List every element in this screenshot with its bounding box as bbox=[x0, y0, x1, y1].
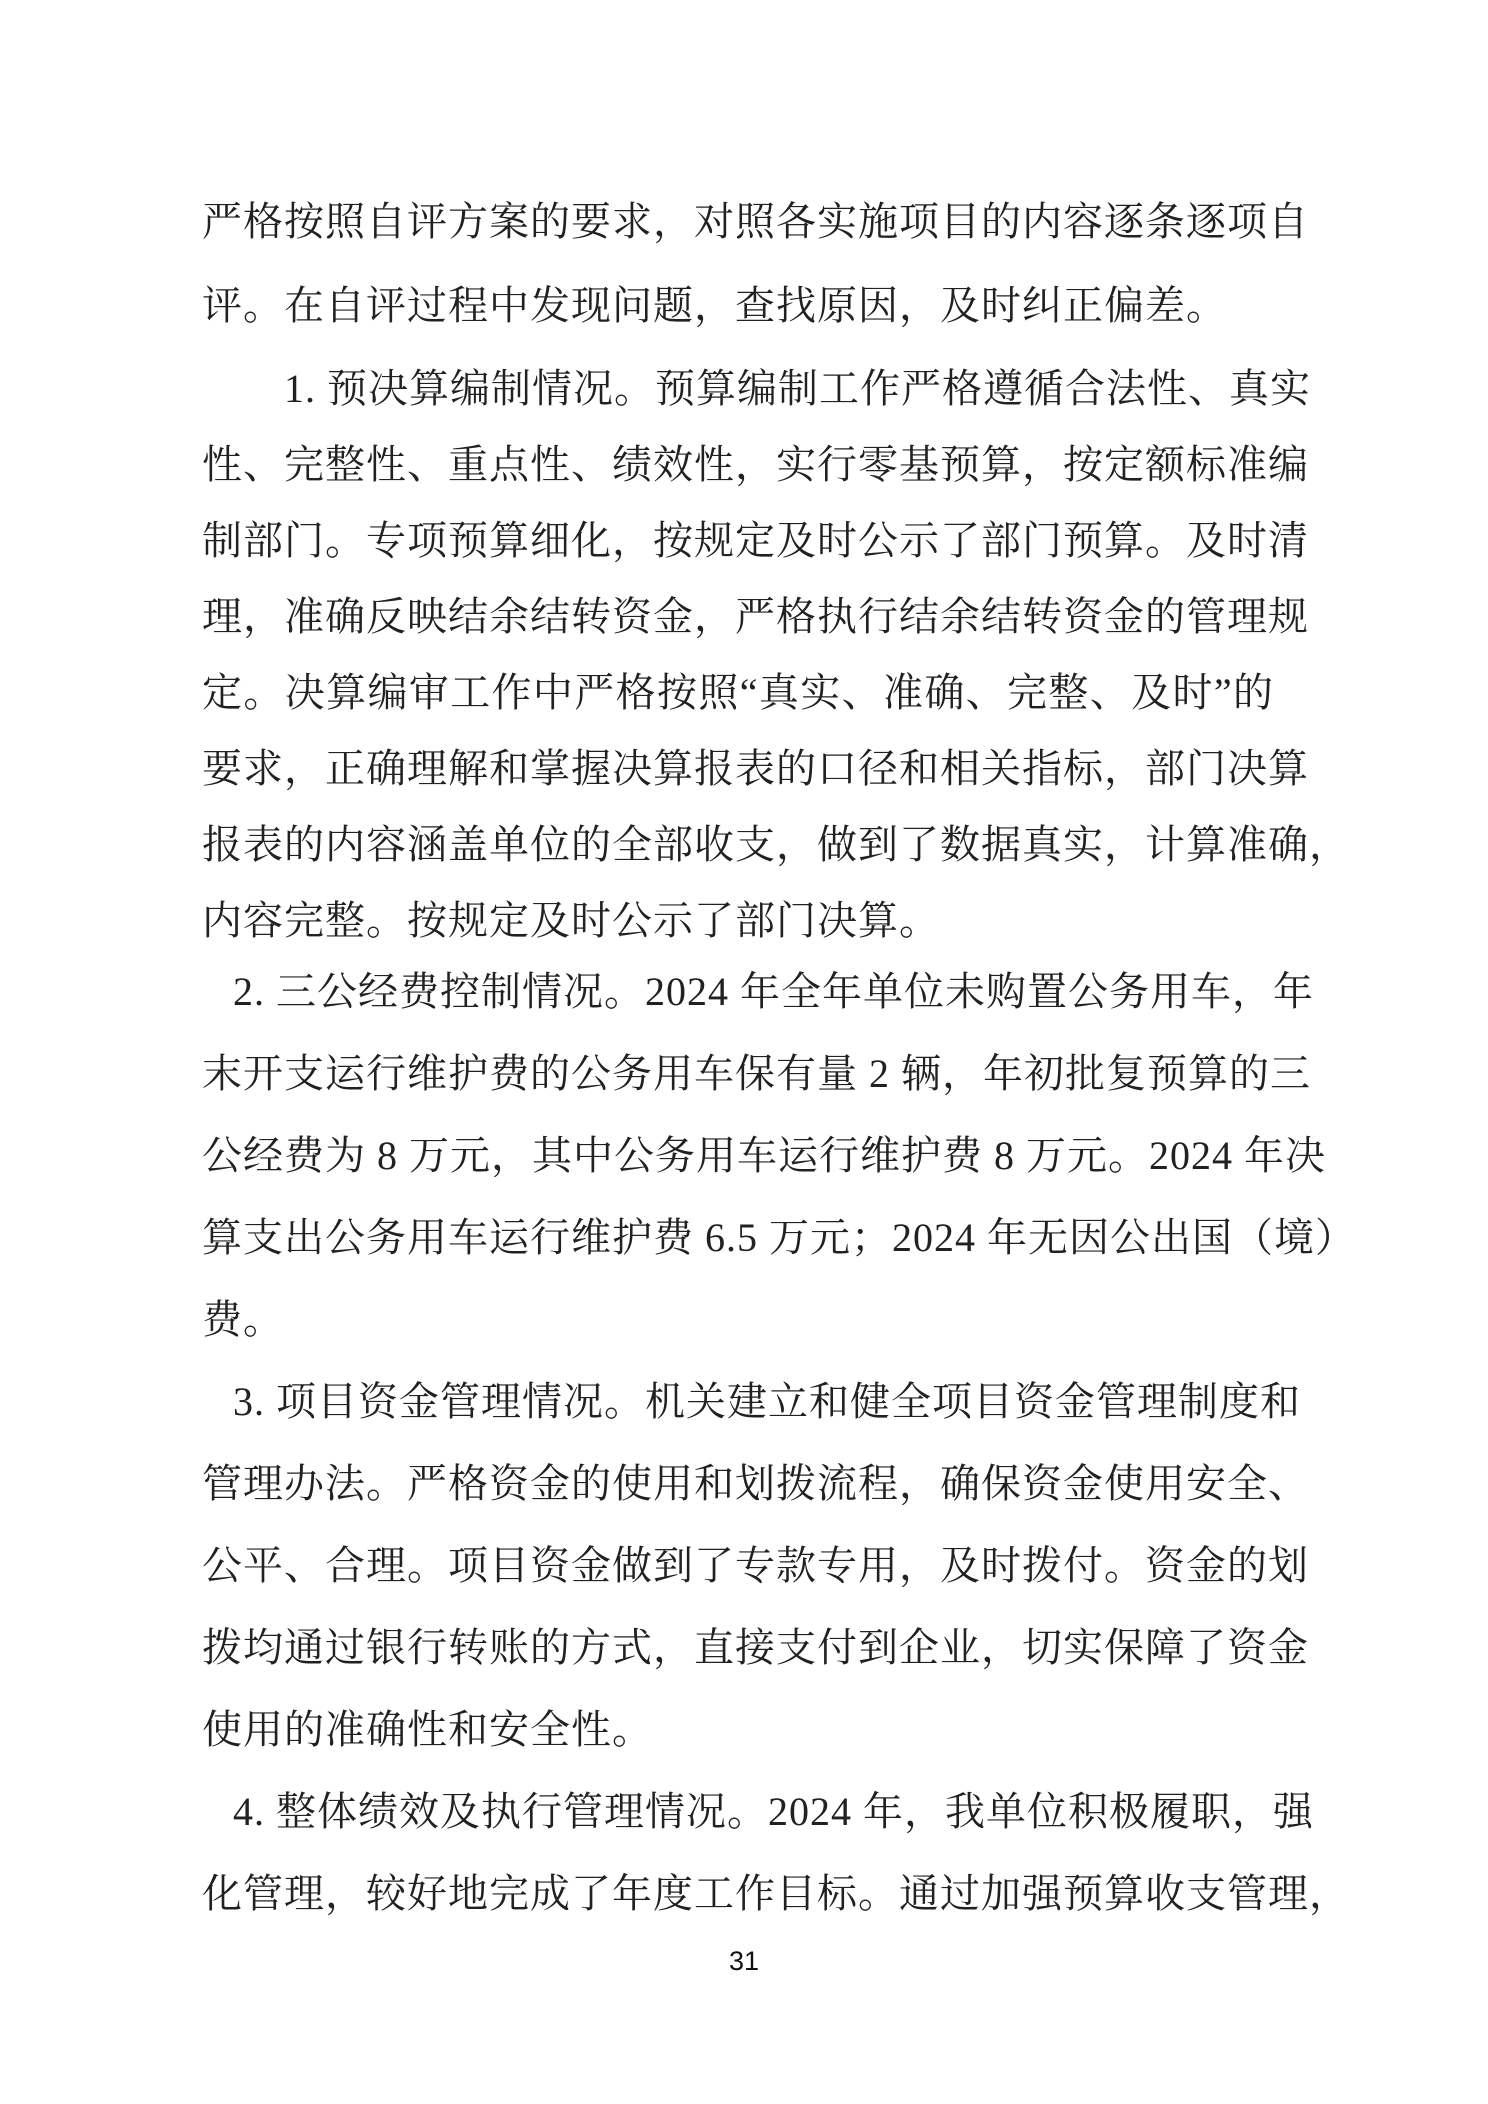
text-line: 算支出公务用车运行维护费 6.5 万元；2024 年无因公出国（境） bbox=[202, 1197, 1274, 1279]
paragraph-continuation-paragraph: 严格按照自评方案的要求，对照各实施项目的内容逐条逐项自评。在自评过程中发现问题，… bbox=[202, 180, 1274, 348]
text-line: 报表的内容涵盖单位的全部收支，做到了数据真实，计算准确， bbox=[202, 807, 1274, 883]
text-line: 评。在自评过程中发现问题，查找原因，及时纠正偏差。 bbox=[202, 264, 1274, 348]
document-page: 严格按照自评方案的要求，对照各实施项目的内容逐条逐项自评。在自评过程中发现问题，… bbox=[0, 0, 1488, 2104]
text-line: 制部门。专项预算细化，按规定及时公示了部门预算。及时清 bbox=[202, 503, 1274, 579]
paragraph-numbered-item-4: 4. 整体绩效及执行管理情况。2024 年，我单位积极履职，强化管理，较好地完成… bbox=[202, 1771, 1274, 1935]
text-line: 3. 项目资金管理情况。机关建立和健全项目资金管理制度和 bbox=[202, 1361, 1274, 1443]
paragraph-numbered-item-2: 2. 三公经费控制情况。2024 年全年单位未购置公务用车，年末开支运行维护费的… bbox=[202, 951, 1274, 1361]
text-line: 要求，正确理解和掌握决算报表的口径和相关指标，部门决算 bbox=[202, 731, 1274, 807]
text-line: 4. 整体绩效及执行管理情况。2024 年，我单位积极履职，强 bbox=[202, 1771, 1274, 1853]
text-line: 化管理，较好地完成了年度工作目标。通过加强预算收支管理， bbox=[202, 1853, 1274, 1935]
text-line: 费。 bbox=[202, 1279, 1274, 1361]
text-line: 1. 预决算编制情况。预算编制工作严格遵循合法性、真实 bbox=[202, 351, 1274, 427]
paragraph-numbered-item-3: 3. 项目资金管理情况。机关建立和健全项目资金管理制度和管理办法。严格资金的使用… bbox=[202, 1361, 1274, 1771]
text-line: 性、完整性、重点性、绩效性，实行零基预算，按定额标准编 bbox=[202, 427, 1274, 503]
text-line: 严格按照自评方案的要求，对照各实施项目的内容逐条逐项自 bbox=[202, 180, 1274, 264]
text-line: 公经费为 8 万元，其中公务用车运行维护费 8 万元。2024 年决 bbox=[202, 1115, 1274, 1197]
text-line: 拨均通过银行转账的方式，直接支付到企业，切实保障了资金 bbox=[202, 1607, 1274, 1689]
paragraph-numbered-item-1: 1. 预决算编制情况。预算编制工作严格遵循合法性、真实性、完整性、重点性、绩效性… bbox=[202, 351, 1274, 959]
text-line: 理，准确反映结余结转资金，严格执行结余结转资金的管理规 bbox=[202, 579, 1274, 655]
text-line: 内容完整。按规定及时公示了部门决算。 bbox=[202, 883, 1274, 959]
page-number: 31 bbox=[0, 1946, 1488, 1977]
text-line: 公平、合理。项目资金做到了专款专用，及时拨付。资金的划 bbox=[202, 1525, 1274, 1607]
text-line: 管理办法。严格资金的使用和划拨流程，确保资金使用安全、 bbox=[202, 1443, 1274, 1525]
text-line: 2. 三公经费控制情况。2024 年全年单位未购置公务用车，年 bbox=[202, 951, 1274, 1033]
document-body: 严格按照自评方案的要求，对照各实施项目的内容逐条逐项自评。在自评过程中发现问题，… bbox=[202, 0, 1274, 2104]
text-line: 定。决算编审工作中严格按照“真实、准确、完整、及时”的 bbox=[202, 655, 1274, 731]
text-line: 末开支运行维护费的公务用车保有量 2 辆，年初批复预算的三 bbox=[202, 1033, 1274, 1115]
text-line: 使用的准确性和安全性。 bbox=[202, 1689, 1274, 1771]
